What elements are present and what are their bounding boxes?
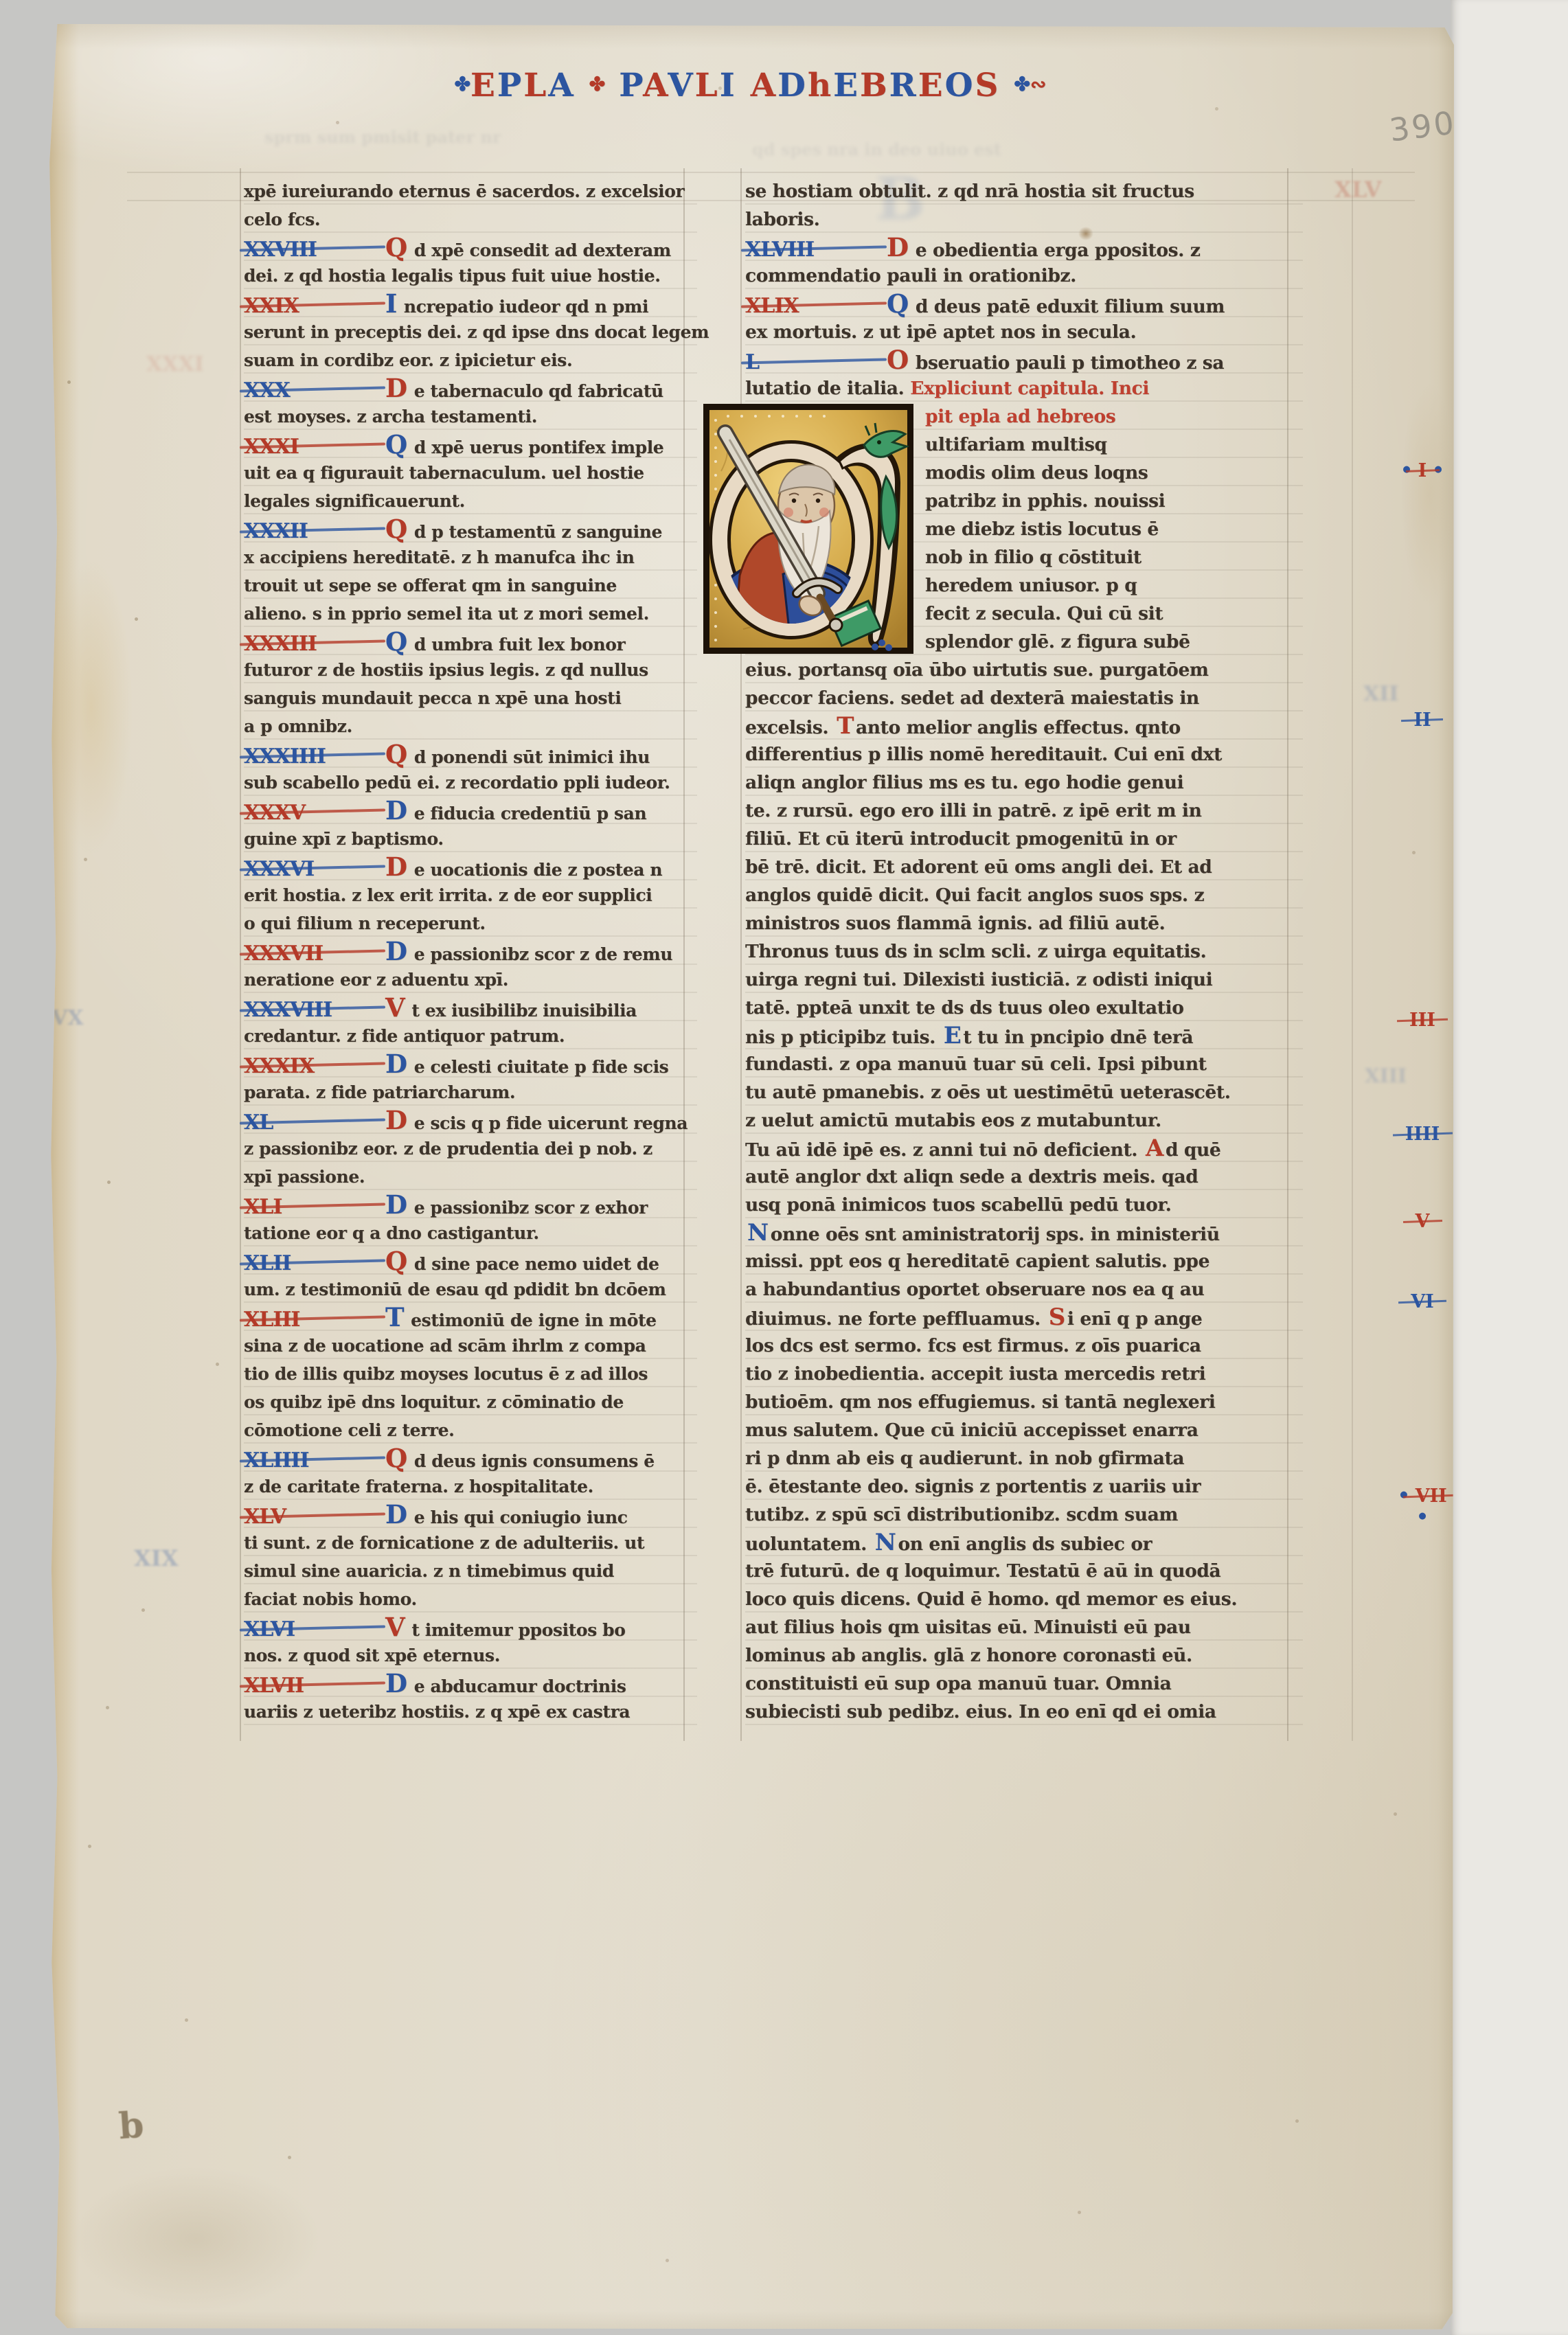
bleedthrough-mark: XXXI [146,352,204,376]
body-text: a habundantius oportet obseruare nos ea … [745,1279,1204,1300]
text-line: erit hostia. z lex erit irrita. z de eor… [244,881,697,909]
body-text: me diebz istis locutus ē [925,519,1159,540]
text-line: x accipiens hereditatē. z h manufca ihc … [244,543,697,571]
text-line: se hostiam obtulit. z qd nrā hostia sit … [745,177,1303,205]
chapter-numeral: XXXVI [244,855,385,883]
body-text: alieno. s in pprio semel ita ut z mori s… [244,604,649,624]
title-flourish: ✤ [589,73,605,95]
colored-initial: D [385,936,414,966]
colored-initial: Q [385,739,414,769]
body-text: d ponendi sūt inimici ihu [414,747,650,767]
text-line: tutibz. z spū scī distributionibz. scdm … [745,1501,1303,1529]
text-line: ti sunt. z de fornicatione z de adulteri… [244,1529,697,1557]
text-line: neratione eor z aduentu xpī. [244,966,697,994]
body-text: laboris. [745,209,819,230]
title-letter: R [889,67,918,104]
body-text: sina z de uocatione ad scām ihrlm z comp… [244,1336,646,1356]
text-line: LObseruatio pauli p timotheo z sa [745,346,1303,374]
parchment-stain [1401,381,1456,608]
text-line: fundasti. z opa manuū tuar sū celi. Ipsi… [745,1050,1303,1078]
text-line: XXXIIQd p testamentū z sanguine [244,515,697,543]
text-line: uit ea q figurauit tabernaculum. uel hos… [244,459,697,487]
lips [801,521,812,522]
text-line: serunt in preceptis dei. z qd ipse dns d… [244,318,697,346]
text-line: tu autē pmanebis. z oēs ut uestimētū uet… [745,1078,1303,1106]
chapter-numeral: XLI [244,1193,385,1221]
text-line: aliqn anglor filius ms es tu. ego hodie … [745,768,1303,797]
text-line: XXXIIIIQd ponendi sūt inimici ihu [244,740,697,768]
text-line: aut filius hois qm uisitas eū. Minuisti … [745,1613,1303,1641]
text-line: XLIDe passionibz scor z exhor [244,1191,697,1219]
body-text: excelsis. [745,717,834,738]
text-line: uoluntatem. Non enī anglis ds subiec or [745,1529,1303,1557]
text-line: XXXVDe fiducia credentiū p san [244,797,697,825]
text-line: XLIXQd deus patē eduxit filium suum [745,290,1303,318]
text-line: anglos quidē dicit. Qui facit anglos suo… [745,881,1303,909]
text-line: alieno. s in pprio semel ita ut z mori s… [244,600,697,628]
text-line: XXXIXDe celesti ciuitate p fide scis [244,1050,697,1078]
body-text: uariis z ueteribz hostiis. z q xpē ex ca… [244,1702,630,1722]
body-text: erit hostia. z lex erit irrita. z de eor… [244,885,652,905]
body-text: subiecisti sub pedibz. eius. In eo enī q… [745,1701,1216,1722]
body-text: serunt in preceptis dei. z qd ipse dns d… [244,322,709,342]
colored-initial: Q [385,1443,414,1473]
text-line: loco quis dicens. Quid ē homo. qd memor … [745,1585,1303,1613]
title-letter: O [945,67,975,104]
text-line: usq ponā inimicos tuos scabellū pedū tuo… [745,1191,1303,1219]
chapter-numeral: XLIX [745,292,887,320]
body-text: simul sine auaricia. z n timebimus quid [244,1561,614,1581]
text-line: XLDe scis q p fide uicerunt regna [244,1106,697,1135]
text-line: XXXVIIDe passionibz scor z de remu [244,937,697,966]
body-text: os quibz ipē dns loquitur. z cōminatio d… [244,1392,624,1412]
title-letter: E [833,67,860,104]
chapter-numeral: XXXII [244,517,385,545]
body-text: e passionibz scor z de remu [414,944,672,964]
text-line: ex mortuis. z ut ipē aptet nos in secula… [745,318,1303,346]
text-line: credantur. z fide antiquor patrum. [244,1022,697,1050]
text-line: tio z inobedientia. accepit iusta merced… [745,1360,1303,1388]
text-line: uariis z ueteribz hostiis. z q xpē ex ca… [244,1698,697,1726]
colored-initial: T [385,1302,411,1332]
chapter-numeral: XXXV [244,799,385,827]
body-text: tio de illis quibz moyses locutus ē z ad… [244,1364,648,1384]
body-text: differentius p illis nomē hereditauit. C… [745,744,1222,765]
colored-initial: V [385,992,411,1023]
body-text: ē. ētestante deo. signis z portentis z u… [745,1476,1201,1497]
chapter-numeral: XLIII [244,1306,385,1334]
body-text: d sine pace nemo uidet de [414,1254,659,1274]
title-letter: D [777,67,808,104]
body-text: d quē [1166,1139,1220,1161]
text-line: XLVIIIDe obedientia erga ppositos. z [745,233,1303,262]
body-text: e fiducia credentiū p san [414,804,647,823]
folio-number: 390 [1387,104,1458,148]
body-text: t ex iusibilibz inuisibilia [411,1001,637,1021]
body-text: modis olim deus loqns [925,462,1148,483]
text-line: simul sine auaricia. z n timebimus quid [244,1557,697,1585]
body-text: suam in cordibz eor. z ipicietur eis. [244,350,572,370]
body-text: tutibz. z spū scī distributionibz. scdm … [745,1504,1178,1525]
text-line: XXXVIIIVt ex iusibilibz inuisibilia [244,994,697,1022]
text-line: ministros suos flammā ignis. ad filiū au… [745,909,1303,937]
text-line: subiecisti sub pedibz. eius. In eo enī q… [745,1698,1303,1726]
body-text: t imitemur ppositos bo [411,1620,625,1640]
body-text: Thronus tuus ds in sclm scli. z uirga eq… [745,941,1206,962]
bleedthrough-mark: qd spes nra in deo uiuo est [752,139,1001,159]
text-line: faciat nobis homo. [244,1585,697,1613]
body-text: z passionibz eor. z de prudentia dei p n… [244,1139,652,1159]
body-text: tu autē pmanebis. z oēs ut uestimētū uet… [745,1082,1231,1103]
text-line: missi. ppt eos q hereditatē capient salu… [745,1247,1303,1275]
chapter-numeral: L [745,348,887,376]
text-line: bē trē. dicit. Et adorent eū oms angli d… [745,853,1303,881]
chapter-numeral: XXXIX [244,1052,385,1080]
body-text: sub scabello pedū ei. z recordatio ppli … [244,773,670,793]
body-text: d xpē consedit ad dexteram [414,240,671,260]
bleedthrough-mark: XIX [134,1545,179,1571]
body-text: t tu in pncipio dnē terā [963,1027,1193,1048]
parchment-stain [50,560,133,855]
body-text: mus salutem. Que cū iniciū accepisset en… [745,1420,1198,1441]
text-line: XLIIITestimoniū de igne in mōte [244,1303,697,1332]
body-text: xpē iureiurando eternus ē sacerdos. z ex… [244,181,684,201]
text-line: XXXDe tabernaculo qd fabricatū [244,374,697,402]
body-text: butioēm. qm nos effugiemus. si tantā neg… [745,1391,1215,1413]
body-text: lominus ab anglis. glā z honore coronast… [745,1645,1192,1666]
text-line: sanguis mundauit pecca n xpē una hosti [244,684,697,712]
body-text: celo fcs. [244,209,320,229]
body-text: ultifariam multisq [925,434,1107,455]
text-line: autē anglor dxt aliqn sede a dextris mei… [745,1163,1303,1191]
body-text: constituisti eū sup opa manuū tuar. Omni… [745,1673,1171,1694]
body-text: d umbra fuit lex bonor [414,635,625,654]
colored-initial: Q [385,429,414,459]
text-line: xpī passione. [244,1163,697,1191]
margin-chapter-numeral: ●VII● [1389,1485,1455,1528]
text-line: tio de illis quibz moyses locutus ē z ad… [244,1360,697,1388]
body-text: um. z testimoniū de esau qd pdidit bn dc… [244,1279,666,1299]
margin-chapter-numeral: V [1389,1211,1455,1232]
illuminated-initial-M [702,402,915,655]
text-line: XXVIIIQd xpē consedit ad dexteram [244,233,697,262]
text-line: lominus ab anglis. glā z honore coronast… [745,1641,1303,1670]
title-letter: h [808,67,833,104]
parchment-speckles [45,24,47,26]
body-text: futuror z de hostiis ipsius legis. z qd … [244,660,648,680]
rubric-text: Expliciunt capitula. Inci [910,378,1149,399]
title-letter: E [470,67,497,104]
text-line: parata. z fide patriarcharum. [244,1078,697,1106]
title-flourish: ∾ [1030,73,1046,95]
body-text: trouit ut sepe se offerat qm in sanguine [244,576,617,595]
body-text: uirga regni tui. Dilexisti iusticiā. z o… [745,969,1212,990]
chapter-numeral: XXXVII [244,939,385,968]
body-text: splendor glē. z figura subē [925,631,1190,652]
body-text: tio z inobedientia. accepit iusta merced… [745,1363,1205,1385]
running-title: ✤EPLA ✤ PAVLI ADhEBREOS ✤∾ [45,67,1456,104]
body-text: filiū. Et cū iterū introducit pmogenitū … [745,828,1177,850]
text-line: suam in cordibz eor. z ipicietur eis. [244,346,697,374]
body-text: z de caritate fraterna. z hospitalitate. [244,1477,593,1496]
colored-initial: Q [385,232,414,262]
colored-initial: Q [887,288,916,319]
text-line: legales significauerunt. [244,487,697,515]
text-line: eius. portansq oīa ūbo uirtutis sue. pur… [745,656,1303,684]
parchment-stain [72,2167,319,2311]
text-line: ri p dnm ab eis q audierunt. in nob gfir… [745,1444,1303,1472]
colored-initial: D [385,373,414,403]
body-text: uoluntatem. [745,1534,873,1555]
text-line: nis p pticipibz tuis. Et tu in pncipio d… [745,1022,1303,1050]
body-text: ti sunt. z de fornicatione z de adulteri… [244,1533,644,1553]
text-line: z de caritate fraterna. z hospitalitate. [244,1472,697,1501]
body-text: o qui filium n receperunt. [244,913,486,933]
margin-chapter-numeral: VI [1389,1291,1455,1312]
text-line: a habundantius oportet obseruare nos ea … [745,1275,1303,1303]
text-line: Nonne oēs snt aministratorij sps. in min… [745,1219,1303,1247]
body-text: e celesti ciuitate p fide scis [414,1057,669,1077]
bleedthrough-mark: XLV [1334,176,1381,203]
text-line: te. z rursū. ego ero illi in patrē. z ip… [745,797,1303,825]
colored-initial: N [873,1529,898,1556]
body-text: ncrepatio iudeor qd n pmi [404,297,648,317]
text-line: o qui filium n receperunt. [244,909,697,937]
text-line: XLVIVt imitemur ppositos bo [244,1613,697,1641]
chapter-numeral: XXVIII [244,236,385,264]
body-text: missi. ppt eos q hereditatē capient salu… [745,1251,1209,1272]
text-line: mus salutem. Que cū iniciū accepisset en… [745,1416,1303,1444]
body-text: e uocationis die z postea n [414,860,663,880]
body-text: loco quis dicens. Quid ē homo. qd memor … [745,1588,1237,1610]
title-letter: L [523,67,548,104]
chapter-numeral: XXXIII [244,630,385,658]
body-text: faciat nobis homo. [244,1589,417,1609]
body-text: d p testamentū z sanguine [414,522,662,542]
text-line: XLVDe his qui coniugio iunc [244,1501,697,1529]
title-letter: L [695,67,720,104]
bleedthrough-mark: sprm sum pmisit pater nr [264,127,501,147]
text-line: differentius p illis nomē hereditauit. C… [745,740,1303,768]
body-text: usq ponā inimicos tuos scabellū pedū tuo… [745,1194,1171,1216]
body-text: autē anglor dxt aliqn sede a dextris mei… [745,1166,1198,1187]
text-line: trē futurū. de q loquimur. Testatū ē aū … [745,1557,1303,1585]
colored-initial: D [887,232,916,262]
text-line: ē. ētestante deo. signis z portentis z u… [745,1472,1303,1501]
body-text: lutatio de italia. [745,378,910,399]
text-line: cōmotione celi z terre. [244,1416,697,1444]
bleedthrough-mark: VX [52,1006,84,1030]
text-line: est moyses. z archa testamenti. [244,402,697,431]
body-text: credantur. z fide antiquor patrum. [244,1026,565,1046]
title-flourish: ✤ [1014,73,1030,95]
body-text: anglos quidē dicit. Qui facit anglos suo… [745,885,1204,906]
body-text: bē trē. dicit. Et adorent eū oms angli d… [745,856,1212,878]
text-line: guine xpī z baptismo. [244,825,697,853]
body-text: sanguis mundauit pecca n xpē una hosti [244,688,621,708]
colored-initial: D [385,1049,414,1079]
text-line: XXXIIIQd umbra fuit lex bonor [244,628,697,656]
text-line: futuror z de hostiis ipsius legis. z qd … [244,656,697,684]
chapter-numeral: XLVI [244,1615,385,1643]
colored-initial: Q [385,626,414,657]
text-line: nos. z quod sit xpē eternus. [244,1641,697,1670]
body-text: nis p pticipibz tuis. [745,1027,942,1048]
colored-initial: N [745,1219,771,1246]
body-text: e scis q p fide uicerunt regna [414,1113,688,1133]
colored-initial: D [385,795,414,825]
body-text: neratione eor z aduentu xpī. [244,970,508,990]
text-line: sina z de uocatione ad scām ihrlm z comp… [244,1332,697,1360]
title-letter: A [548,67,575,104]
text-line: Thronus tuus ds in sclm scli. z uirga eq… [745,937,1303,966]
margin-chapter-numeral: ●I● [1389,460,1455,481]
margin-chapter-numeral: IIII [1389,1124,1455,1145]
text-line: butioēm. qm nos effugiemus. si tantā neg… [745,1388,1303,1416]
body-text: d xpē uerus pontifex imple [414,437,663,457]
body-text: cōmotione celi z terre. [244,1420,454,1440]
text-line: XLIIQd sine pace nemo uidet de [244,1247,697,1275]
text-line: trouit ut sepe se offerat qm in sanguine [244,571,697,600]
epistle-text-column: se hostiam obtulit. z qd nrā hostia sit … [745,177,1303,1726]
text-line: xpē iureiurando eternus ē sacerdos. z ex… [244,177,697,205]
text-line: commendatio pauli in orationibz. [745,262,1303,290]
text-line: sub scabello pedū ei. z recordatio ppli … [244,768,697,797]
body-text: on enī anglis ds subiec or [898,1534,1152,1555]
body-text: tatione eor q a dno castigantur. [244,1223,539,1243]
text-line: peccor faciens. sedet ad dexterā maiesta… [745,684,1303,712]
bleedthrough-mark: XII [1363,682,1398,706]
body-text: peccor faciens. sedet ad dexterā maiesta… [745,687,1199,709]
body-text: bseruatio pauli p timotheo z sa [916,352,1224,374]
body-text: uit ea q figurauit tabernaculum. uel hos… [244,463,644,483]
text-line: a p omnibz. [244,712,697,740]
text-line: XXXIQd xpē uerus pontifex imple [244,431,697,459]
body-text: i enī q p ange [1067,1308,1202,1330]
text-line: tatē. ppteā unxit te ds ds tuus oleo exu… [745,994,1303,1022]
body-text: parata. z fide patriarcharum. [244,1082,515,1102]
text-line: diuimus. ne forte peffluamus. Si enī q p… [745,1303,1303,1332]
text-line: tatione eor q a dno castigantur. [244,1219,697,1247]
title-letter: P [619,67,643,104]
chapter-numeral: XXX [244,376,385,405]
body-text: onne oēs snt aministratorij sps. in mini… [771,1224,1220,1245]
body-text: ri p dnm ab eis q audierunt. in nob gfir… [745,1448,1184,1469]
text-line: um. z testimoniū de esau qd pdidit bn dc… [244,1275,697,1303]
body-text: te. z rursū. ego ero illi in patrē. z ip… [745,800,1201,821]
ruling-line-horizontal [127,172,1415,173]
title-flourish: ✤ [455,73,470,95]
title-letter: V [668,67,694,104]
body-text: z uelut amictū mutabis eos z mutabuntur. [745,1110,1161,1131]
body-text: x accipiens hereditatē. z h manufca ihc … [244,547,634,567]
colored-initial: D [385,1499,414,1529]
title-letter: E [918,67,945,104]
chapter-numeral: XXXI [244,433,385,461]
title-letter: B [860,67,889,104]
body-text: nos. z quod sit xpē eternus. [244,1645,500,1665]
chapter-numeral: XLIIII [244,1446,385,1474]
capitula-list-column: xpē iureiurando eternus ē sacerdos. z ex… [244,177,697,1726]
text-line: dei. z qd hostia legalis tipus fuit uiue… [244,262,697,290]
text-line: lutatio de italia. Expliciunt capitula. … [745,374,1303,402]
colored-initial: O [887,345,916,375]
body-text: fecit z secula. Qui cū sit [925,603,1163,624]
text-line: z passionibz eor. z de prudentia dei p n… [244,1135,697,1163]
body-text: a p omnibz. [244,716,352,736]
margin-chapter-numeral: III [1389,1010,1455,1031]
colored-initial: A [1144,1135,1166,1162]
title-letter: I [720,67,737,104]
body-text: dei. z qd hostia legalis tipus fuit uiue… [244,266,661,286]
colored-initial: S [1047,1303,1067,1331]
body-text: trē futurū. de q loquimur. Testatū ē aū … [745,1560,1220,1582]
chapter-numeral: XXIX [244,292,385,320]
colored-initial: Q [385,1246,414,1276]
colored-initial: E [942,1022,964,1049]
body-text: e abducamur doctrinis [414,1676,626,1696]
chapter-numeral: XXXIIII [244,742,385,771]
ruling-line-vertical [1352,168,1353,1741]
body-text: patribz in pphis. nouissi [925,490,1165,512]
colored-initial: D [385,1189,414,1220]
body-text: e passionibz scor z exhor [414,1198,648,1218]
body-text: nob in filio q cōstituit [925,547,1141,568]
body-text: d deus ignis consumens ē [414,1451,655,1471]
body-text: heredem uniusor. p q [925,575,1137,596]
margin-chapter-numeral: II [1389,709,1455,731]
colored-initial: I [385,288,404,319]
body-text: d deus patē eduxit filium suum [916,296,1225,317]
rubric-text: pit epla ad hebreos [925,406,1115,427]
body-text: fundasti. z opa manuū tuar sū celi. Ipsi… [745,1053,1207,1075]
body-text: e obedientia erga ppositos. z [916,240,1201,261]
body-text: aliqn anglor filius ms es tu. ego hodie … [745,772,1183,793]
title-letter: A [751,67,777,104]
text-line: excelsis. Tanto melior anglis effectus. … [745,712,1303,740]
body-text: anto melior anglis effectus. qnto [856,717,1181,738]
colored-initial: D [385,1105,414,1135]
text-line: XLVIIDe abducamur doctrinis [244,1670,697,1698]
body-text: se hostiam obtulit. z qd nrā hostia sit … [745,181,1194,202]
text-line: XXXVIDe uocationis die z postea n [244,853,697,881]
body-text: Tu aū idē ipē es. z anni tui nō deficien… [745,1139,1144,1161]
colored-initial: T [834,712,856,740]
colored-initial: D [385,1668,414,1698]
body-text: tatē. ppteā unxit te ds ds tuus oleo exu… [745,997,1183,1018]
bleedthrough-mark: XIII [1365,1064,1407,1087]
body-text: diuimus. ne forte peffluamus. [745,1308,1047,1330]
body-text: los dcs est sermo. fcs est firmus. z oīs… [745,1335,1201,1356]
text-line: celo fcs. [244,205,697,233]
chapter-numeral: XLVIII [745,236,887,264]
body-text: legales significauerunt. [244,491,465,511]
title-letter: S [975,67,1001,104]
pommel [830,619,842,631]
title-letter: P [497,67,523,104]
text-line: laboris. [745,205,1303,233]
text-line: XLIIIIQd deus ignis consumens ē [244,1444,697,1472]
body-text: ex mortuis. z ut ipē aptet nos in secula… [745,321,1136,343]
text-line: los dcs est sermo. fcs est firmus. z oīs… [745,1332,1303,1360]
chapter-numeral: XLV [244,1503,385,1531]
title-letter: A [643,67,668,104]
body-text: e tabernaculo qd fabricatū [414,381,663,401]
body-text: commendatio pauli in orationibz. [745,265,1076,286]
text-line: constituisti eū sup opa manuū tuar. Omni… [745,1670,1303,1698]
chapter-numeral: XL [244,1108,385,1137]
body-text: e his qui coniugio iunc [414,1507,628,1527]
